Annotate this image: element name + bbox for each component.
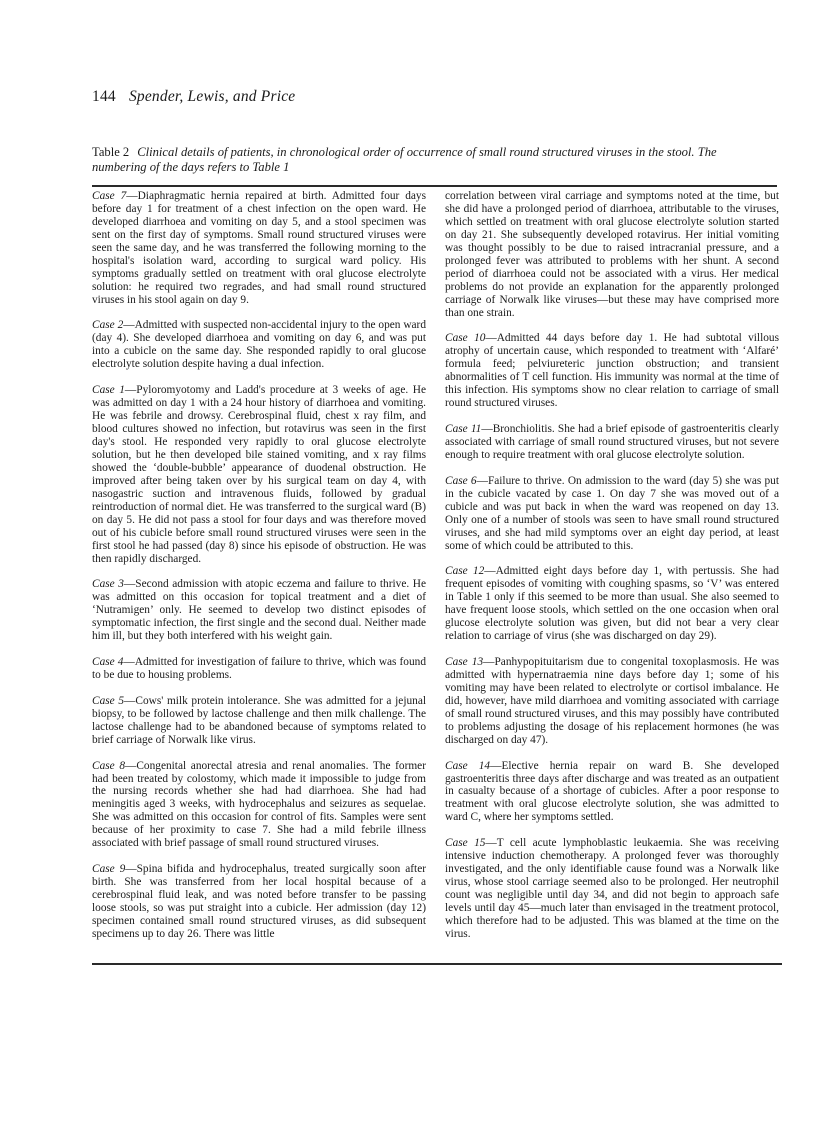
case-text: —Admitted eight days before day 1, with … [445,565,779,642]
case-text: —Congenital anorectal atresia and renal … [92,760,426,850]
case-paragraph: Case 11—Bronchiolitis. She had a brief e… [445,423,779,462]
case-text: —T cell acute lymphoblastic leukaemia. S… [445,837,779,940]
case-label: Case 6 [445,475,477,487]
case-label: Case 5 [92,695,124,707]
case-paragraph: Case 5—Cows' milk protein intolerance. S… [92,695,426,747]
right-column: correlation between viral carriage and s… [445,190,779,954]
case-text: —Panhypopituitarism due to congenital to… [445,656,779,746]
case-paragraph: Case 4—Admitted for investigation of fai… [92,656,426,682]
case-paragraph: Case 10—Admitted 44 days before day 1. H… [445,332,779,410]
case-label: Case 12 [445,565,484,577]
case-paragraph: Case 12—Admitted eight days before day 1… [445,565,779,643]
left-column: Case 7—Diaphragmatic hernia repaired at … [92,190,426,954]
case-paragraph: Case 2—Admitted with suspected non-accid… [92,319,426,371]
case-paragraph: Case 13—Panhypopituitarism due to congen… [445,656,779,747]
case-text: —Elective hernia repair on ward B. She d… [445,760,779,824]
case-label: Case 8 [92,760,125,772]
case-text: —Bronchiolitis. She had a brief episode … [445,423,779,461]
case-paragraph: Case 8—Congenital anorectal atresia and … [92,760,426,851]
case-paragraph-continued: correlation between viral carriage and s… [445,190,779,320]
case-text: —Cows' milk protein intolerance. She was… [92,695,426,746]
case-paragraph: Case 1—Pyloromyotomy and Ladd's procedur… [92,384,426,565]
case-label: Case 13 [445,656,483,668]
case-paragraph: Case 6—Failure to thrive. On admission t… [445,475,779,553]
case-label: Case 10 [445,332,485,344]
case-label: Case 11 [445,423,481,435]
case-text: —Pyloromyotomy and Ladd's procedure at 3… [92,384,426,564]
case-text: correlation between viral carriage and s… [445,190,779,319]
case-text: —Admitted with suspected non-accidental … [92,319,426,370]
case-paragraph: Case 3—Second admission with atopic ecze… [92,578,426,643]
case-text: —Diaphragmatic hernia repaired at birth.… [92,190,426,306]
table-label: Table 2 [92,145,129,159]
page-number: 144 [92,88,116,105]
case-text: —Failure to thrive. On admission to the … [445,475,779,552]
case-label: Case 9 [92,863,125,875]
case-paragraph: Case 15—T cell acute lymphoblastic leuka… [445,837,779,941]
case-label: Case 2 [92,319,123,331]
case-label: Case 3 [92,578,124,590]
case-label: Case 14 [445,760,490,772]
case-text: —Second admission with atopic eczema and… [92,578,426,642]
case-paragraph: Case 14—Elective hernia repair on ward B… [445,760,779,825]
case-label: Case 4 [92,656,123,668]
case-paragraph: Case 7—Diaphragmatic hernia repaired at … [92,190,426,307]
case-text: —Spina bifida and hydrocephalus, treated… [92,863,426,940]
table-bottom-rule [92,963,782,965]
running-head: 144 Spender, Lewis, and Price [92,88,295,106]
case-paragraph: Case 9—Spina bifida and hydrocephalus, t… [92,863,426,941]
table-caption-text: Clinical details of patients, in chronol… [92,145,717,174]
case-text: —Admitted for investigation of failure t… [92,656,426,681]
case-label: Case 7 [92,190,126,202]
table-top-rule [92,185,777,187]
table-caption: Table 2Clinical details of patients, in … [92,145,752,175]
case-label: Case 1 [92,384,125,396]
case-text: —Admitted 44 days before day 1. He had s… [445,332,779,409]
running-head-authors: Spender, Lewis, and Price [129,88,295,105]
case-label: Case 15 [445,837,485,849]
